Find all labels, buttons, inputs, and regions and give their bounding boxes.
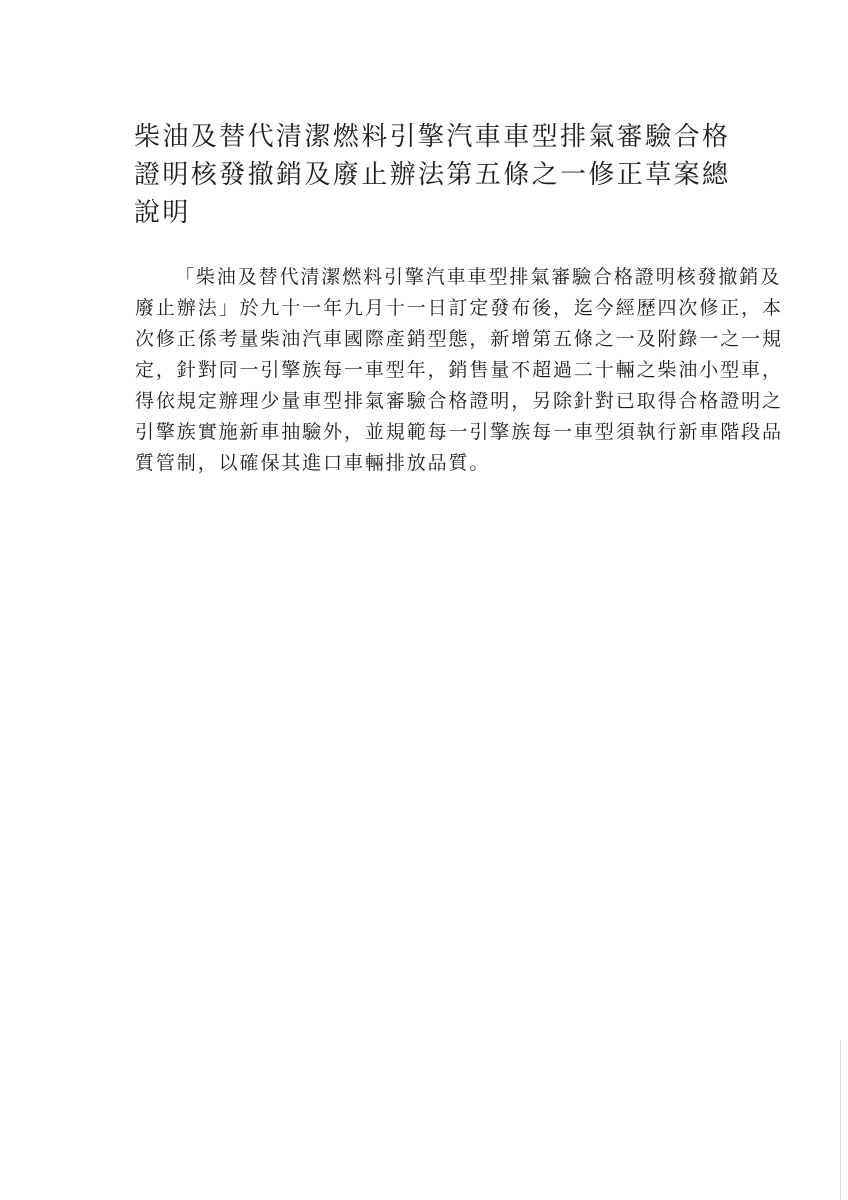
document-page: 柴油及替代清潔燃料引擎汽車車型排氣審驗合格 證明核發撤銷及廢止辦法第五條之一修正… [0,0,848,1200]
paragraph-line: 廢止辦法」於九十一年九月十一日訂定發布後，迄今經歷四次修正，本 [135,293,735,324]
paragraph-line: 質管制，以確保其進口車輛排放品質。 [135,448,735,479]
paragraph-line: 得依規定辦理少量車型排氣審驗合格證明，另除針對已取得合格證明之 [135,386,735,417]
paragraph-line: 引擎族實施新車抽驗外，並規範每一引擎族每一車型須執行新車階段品 [135,417,735,448]
document-title: 柴油及替代清潔燃料引擎汽車車型排氣審驗合格 證明核發撤銷及廢止辦法第五條之一修正… [134,118,714,232]
paragraph-line: 「柴油及替代清潔燃料引擎汽車車型排氣審驗合格證明核發撤銷及 [135,262,735,293]
paragraph-line: 次修正係考量柴油汽車國際產銷型態，新增第五條之一及附錄一之一規 [135,324,735,355]
title-line: 柴油及替代清潔燃料引擎汽車車型排氣審驗合格 [134,118,714,156]
paragraph-line: 定，針對同一引擎族每一車型年，銷售量不超過二十輛之柴油小型車， [135,355,735,386]
title-line: 說明 [134,194,714,232]
explanation-paragraph: 「柴油及替代清潔燃料引擎汽車車型排氣審驗合格證明核發撤銷及 廢止辦法」於九十一年… [135,262,735,479]
title-line: 證明核發撤銷及廢止辦法第五條之一修正草案總 [134,156,714,194]
scan-edge-artifact [840,1040,841,1200]
